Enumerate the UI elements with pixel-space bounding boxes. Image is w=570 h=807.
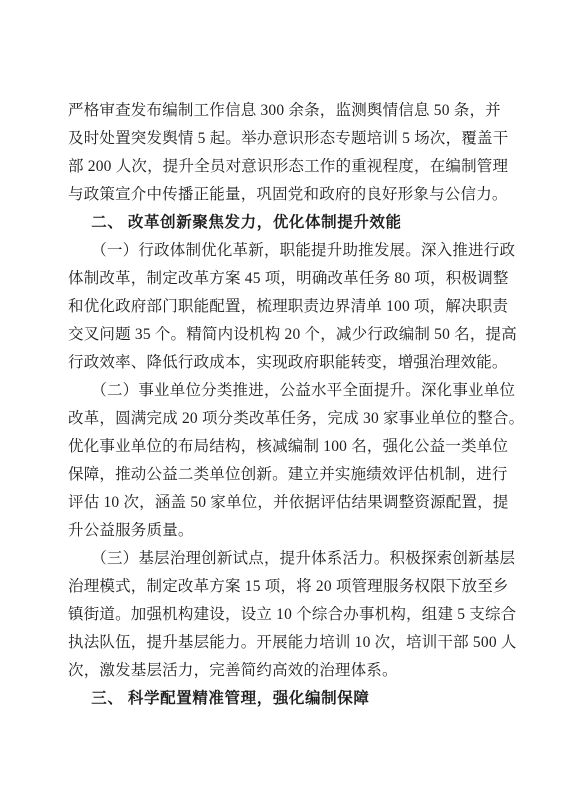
text-line: 部 200 人次，提升全员对意识形态工作的重视程度，在编制管理 [68,153,500,181]
text-line: 次，激发基层活力，完善简约高效的治理体系。 [68,657,500,685]
text-line: 治理模式，制定改革方案 15 项，将 20 项管理服务权限下放至乡 [68,573,500,601]
text-line: 行政效率、降低行政成本，实现政府职能转变，增强治理效能。 [68,349,500,377]
text-line: 与政策宣介中传播正能量，巩固党和政府的良好形象与公信力。 [68,181,500,209]
text-line: 严格审查发布编制工作信息 300 余条，监测舆情信息 50 条，并 [68,97,500,125]
paragraph: （二）事业单位分类推进，公益水平全面提升。深化事业单位改革，圆满完成 20 项分… [68,377,500,545]
text-line: 及时处置突发舆情 5 起。举办意识形态专题培训 5 场次，覆盖干 [68,125,500,153]
text-line: 执法队伍，提升基层能力。开展能力培训 10 次，培训干部 500 人 [68,629,500,657]
text-line: 保障，推动公益二类单位创新。建立并实施绩效评估机制，进行 [68,461,500,489]
text-line: （三）基层治理创新试点，提升体系活力。积极探索创新基层 [68,545,500,573]
text-line: 交叉问题 35 个。精简内设机构 20 个，减少行政编制 50 名，提高 [68,321,500,349]
heading-line: 三、 科学配置精准管理，强化编制保障 [68,685,500,713]
text-line: 升公益服务质量。 [68,517,500,545]
section-heading: 三、 科学配置精准管理，强化编制保障 [68,685,500,713]
paragraph: 严格审查发布编制工作信息 300 余条，监测舆情信息 50 条，并及时处置突发舆… [68,97,500,209]
text-line: 和优化政府部门职能配置，梳理职责边界清单 100 项，解决职责 [68,293,500,321]
heading-line: 二、 改革创新聚焦发力，优化体制提升效能 [68,209,500,237]
text-line: 体制改革，制定改革方案 45 项，明确改革任务 80 项，积极调整 [68,265,500,293]
text-line: （二）事业单位分类推进，公益水平全面提升。深化事业单位 [68,377,500,405]
text-line: 评估 10 次，涵盖 50 家单位，并依据评估结果调整资源配置，提 [68,489,500,517]
section-heading: 二、 改革创新聚焦发力，优化体制提升效能 [68,209,500,237]
document-body: 严格审查发布编制工作信息 300 余条，监测舆情信息 50 条，并及时处置突发舆… [68,97,500,713]
document-page: 严格审查发布编制工作信息 300 余条，监测舆情信息 50 条，并及时处置突发舆… [0,0,570,807]
text-line: 镇街道。加强机构建设，设立 10 个综合办事机构，组建 5 支综合 [68,601,500,629]
paragraph: （三）基层治理创新试点，提升体系活力。积极探索创新基层治理模式，制定改革方案 1… [68,545,500,685]
text-line: （一）行政体制优化革新，职能提升助推发展。深入推进行政 [68,237,500,265]
paragraph: （一）行政体制优化革新，职能提升助推发展。深入推进行政体制改革，制定改革方案 4… [68,237,500,377]
text-line: 优化事业单位的布局结构，核减编制 100 名，强化公益一类单位 [68,433,500,461]
text-line: 改革，圆满完成 20 项分类改革任务，完成 30 家事业单位的整合。 [68,405,500,433]
